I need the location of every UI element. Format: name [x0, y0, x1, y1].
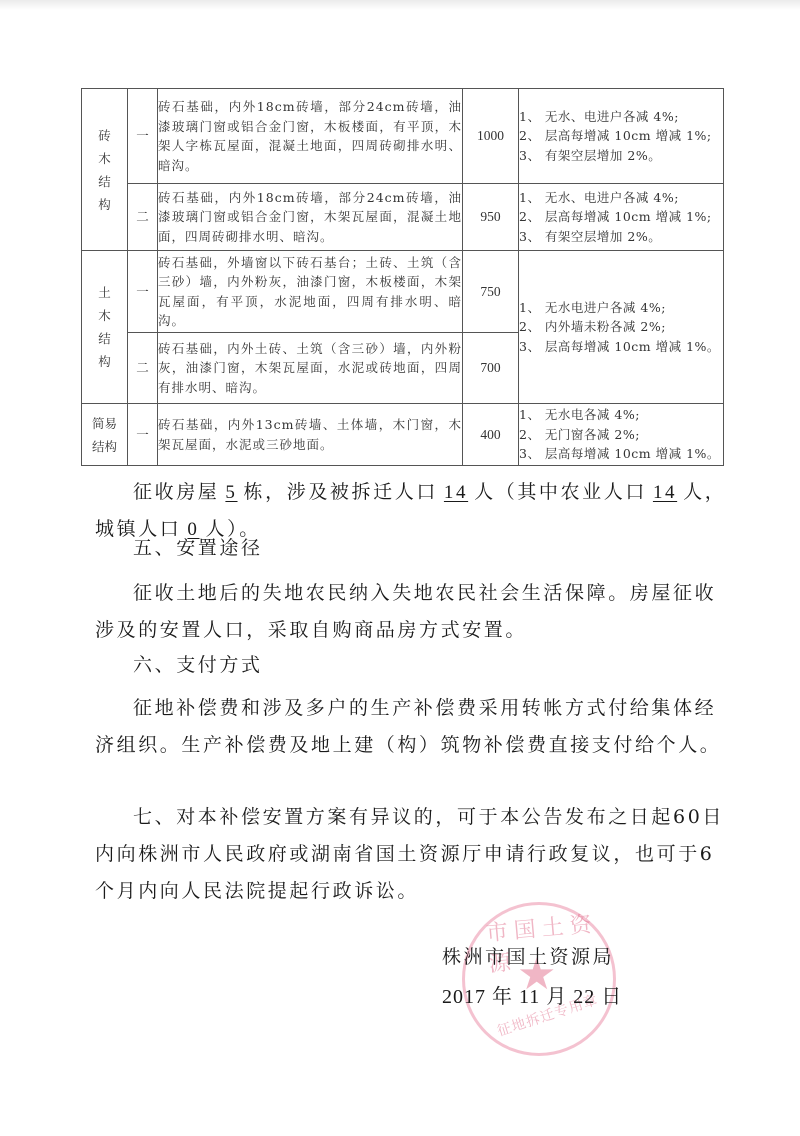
official-seal: 市国土资源 ★ 征地拆迁专用章	[462, 902, 616, 1056]
text: 栋，涉及被拆迁人口	[244, 481, 438, 503]
note-line: 2、 内外墙未粉各减 2%;	[519, 317, 723, 337]
section-6-heading: 六、支付方式	[95, 647, 735, 684]
category-cell-earth-wood: 土 木 结 构	[82, 251, 128, 404]
table-row: 二 砖石基础，内外18cm砖墙，部分24cm砖墙，油漆玻璃门窗或铝合金门窗，木架…	[82, 184, 724, 251]
note-line: 2、 无门窗各减 2%;	[519, 425, 723, 445]
category-char: 木	[82, 304, 127, 327]
notes-cell-shared: 1、 无水电进户各减 4%; 2、 内外墙未粉各减 2%; 3、 层高每增减 1…	[519, 251, 724, 404]
signature-date: 2017 年 11 月 22 日	[442, 980, 622, 1009]
price-cell: 400	[463, 404, 519, 466]
section-6-text: 征地补偿费和涉及多户的生产补偿费采用转帐方式付给集体经济组织。生产补偿费及地上建…	[95, 690, 735, 764]
notes-cell: 1、 无水、电进户各减 4%; 2、 层高每增减 10cm 增减 1%; 3、 …	[519, 184, 724, 251]
category-char: 土	[82, 281, 127, 304]
note-line: 1、 无水电进户各减 4%;	[519, 298, 723, 318]
text: 人（其中农业人口	[474, 481, 647, 503]
category-char: 砖	[82, 124, 127, 147]
price-cell: 1000	[463, 89, 519, 184]
category-line: 结构	[82, 435, 127, 458]
category-cell-brick-wood: 砖 木 结 构	[82, 89, 128, 251]
note-line: 2、 层高每增减 10cm 增减 1%;	[519, 207, 723, 227]
grade-cell: 一	[128, 89, 158, 184]
table-row: 简易 结构 一 砖石基础，内外13cm砖墙、土体墙，木门窗，木架瓦屋面，水泥或三…	[82, 404, 724, 466]
category-cell-simple: 简易 结构	[82, 404, 128, 466]
notes-cell: 1、 无水、电进户各减 4%; 2、 层高每增减 10cm 增减 1%; 3、 …	[519, 89, 724, 184]
price-cell: 950	[463, 184, 519, 251]
grade-cell: 二	[128, 184, 158, 251]
note-line: 1、 无水电各减 4%;	[519, 405, 723, 425]
grade-cell: 二	[128, 333, 158, 404]
section-7-text: 七、对本补偿安置方案有异议的，可于本公告发布之日起60日内向株洲市人民政府或湖南…	[95, 799, 735, 910]
table-row: 土 木 结 构 一 砖石基础，外墙窗以下砖石基台；土砖、土筑（含三砂）墙，内外粉…	[82, 251, 724, 333]
note-line: 1、 无水、电进户各减 4%;	[519, 188, 723, 208]
description-cell: 砖石基础，内外13cm砖墙、土体墙，木门窗，木架瓦屋面，水泥或三砂地面。	[158, 404, 463, 466]
price-cell: 750	[463, 251, 519, 333]
table-row: 砖 木 结 构 一 砖石基础，内外18cm砖墙，部分24cm砖墙，油漆玻璃门窗或…	[82, 89, 724, 184]
category-line: 简易	[82, 412, 127, 435]
category-char: 构	[82, 350, 127, 373]
price-cell: 700	[463, 333, 519, 404]
note-line: 2、 层高每增减 10cm 增减 1%;	[519, 126, 723, 146]
section-5-text: 征收土地后的失地农民纳入失地农民社会生活保障。房屋征收涉及的安置人口，采取自购商…	[95, 575, 735, 649]
category-char: 结	[82, 327, 127, 350]
note-line: 3、 有架空层增加 2%。	[519, 146, 723, 166]
category-char: 结	[82, 170, 127, 193]
description-cell: 砖石基础，内外18cm砖墙，部分24cm砖墙，油漆玻璃门窗或铝合金门窗，木板楼面…	[158, 89, 463, 184]
section-5-heading: 五、安置途径	[95, 530, 735, 567]
grade-cell: 一	[128, 251, 158, 333]
category-char: 木	[82, 147, 127, 170]
note-line: 1、 无水、电进户各减 4%;	[519, 107, 723, 127]
note-line: 3、 层高每增减 10cm 增减 1%。	[519, 337, 723, 357]
description-cell: 砖石基础，外墙窗以下砖石基台；土砖、土筑（含三砂）墙，内外粉灰，油漆门窗，木板楼…	[158, 251, 463, 333]
notes-cell: 1、 无水电各减 4%; 2、 无门窗各减 2%; 3、 层高每增减 10cm …	[519, 404, 724, 466]
agricultural-population: 14	[647, 482, 683, 503]
text: 征收房屋	[133, 481, 219, 503]
note-line: 3、 有架空层增加 2%。	[519, 227, 723, 247]
signature-org: 株洲市国土资源局	[442, 942, 614, 969]
scan-edge-shadow	[0, 0, 800, 10]
houses-count: 5	[219, 482, 243, 503]
structure-compensation-table: 砖 木 结 构 一 砖石基础，内外18cm砖墙，部分24cm砖墙，油漆玻璃门窗或…	[81, 88, 724, 466]
description-cell: 砖石基础，内外18cm砖墙，部分24cm砖墙，油漆玻璃门窗或铝合金门窗，木架瓦屋…	[158, 184, 463, 251]
total-population: 14	[438, 482, 474, 503]
grade-cell: 一	[128, 404, 158, 466]
category-char: 构	[82, 193, 127, 216]
note-line: 3、 层高每增减 10cm 增减 1%。	[519, 444, 723, 464]
description-cell: 砖石基础，内外土砖、土筑（含三砂）墙，内外粉灰，油漆门窗，木架瓦屋面，水泥或砖地…	[158, 333, 463, 404]
